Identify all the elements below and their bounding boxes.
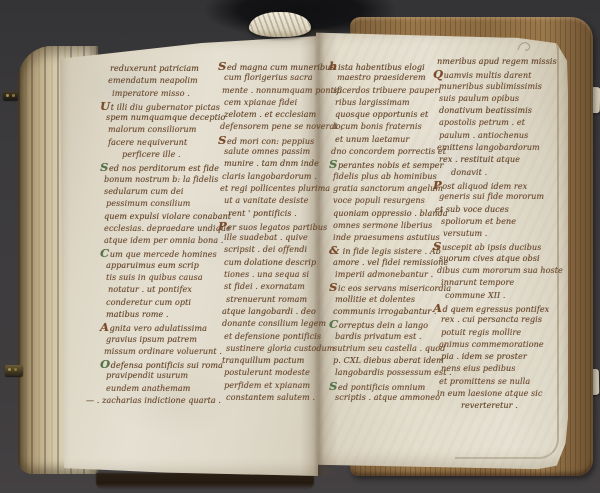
manuscript-text-line: muneribus sublimissimis	[439, 81, 549, 93]
manuscript-text-line: reduxerunt patriciam	[110, 63, 216, 75]
manuscript-text-line: maestro praesiderem	[337, 72, 439, 84]
manuscript-text-line: atque idem per omnia bona .	[104, 235, 216, 247]
manuscript-text-line: gratia sanctorum angelum	[333, 183, 439, 195]
manuscript-text-line: spem numquamque deceptio	[106, 112, 216, 124]
manuscript-text-line: Sed mori con: peppius	[218, 134, 318, 146]
manuscript-text-line: Sed magna cum muneribus	[218, 60, 318, 72]
manuscript-text-line: missum ordinare voluerunt .	[104, 346, 216, 358]
manuscript-text-line: nmeribus apud regem missis	[437, 56, 549, 68]
manuscript-text-line: locum bonis fraternis	[333, 121, 439, 133]
manuscript-text-line: ille suadebat . quive	[224, 232, 318, 244]
manuscript-text-line: Ut illi diu gubernator pictas	[100, 100, 216, 112]
manuscript-text-line: suorum cives atque obsi	[439, 253, 549, 265]
manuscript-text-line: defensorem pene se noverat ,	[220, 121, 318, 133]
manuscript-text-line: pessimum consilium	[106, 198, 216, 210]
manuscript-text-line: perfidem et xpianam	[224, 380, 318, 392]
manuscript-text-line: innarunt tempore	[441, 277, 549, 289]
manuscript-text-line: suis paulum opibus	[439, 93, 549, 105]
manuscript-text-line: sustinere gloria custodum	[226, 343, 318, 355]
manuscript-text-line: voce populi resurgens	[333, 195, 439, 207]
spine-headband	[249, 12, 311, 37]
manuscript-text-line: quosque opportunis et	[335, 109, 439, 121]
manuscript-text-line: spoliorum et bene	[441, 216, 549, 228]
manuscript-text-line: mente . nonnumquam pontifi	[222, 85, 318, 97]
manuscript-text-line: Sic eos servans misericordia	[329, 281, 439, 293]
right-page-column-1: hista habentibus elogimaestro praesidere…	[329, 60, 439, 404]
clasp-pin-top	[3, 91, 18, 100]
illuminated-initial: &	[329, 243, 339, 257]
illuminated-initial: U	[100, 99, 110, 113]
illuminated-initial: Q	[433, 67, 443, 81]
manuscript-text-line: mollitie et dolentes	[335, 294, 439, 306]
manuscript-text-line: Sed pontificis omnium	[329, 380, 439, 392]
manuscript-text-line: zelotem . et ecclesiam	[224, 109, 318, 121]
manuscript-text-line: bardis privatum est .	[335, 331, 439, 343]
manuscript-text-line: dno concordem porrectis et	[331, 146, 439, 158]
illuminated-initial: P	[218, 219, 227, 233]
manuscript-text-line: constantem salutem .	[226, 392, 318, 404]
manuscript-text-line: omnes sermone liberius	[333, 220, 439, 232]
manuscript-text-line: facere nequiverunt	[108, 137, 216, 149]
manuscript-text-line: Suscepit ab ipsis ducibus	[433, 240, 549, 252]
manuscript-text-line: ut a vanitate desiste	[224, 195, 318, 207]
manuscript-text-line: gravius ipsum patrem	[106, 334, 216, 346]
manuscript-text-line: eundem anathemam	[106, 383, 216, 395]
illuminated-initial: A	[433, 301, 442, 315]
illuminated-initial: C	[100, 246, 109, 260]
right-page-column-2: nmeribus apud regem missisQuamvis multis…	[433, 56, 549, 413]
manuscript-text-line: cum florigerius sacra	[224, 72, 318, 84]
manuscript-text-line: conderetur cum opti	[106, 297, 216, 309]
manuscript-text-line: et promittens se nulla	[439, 376, 549, 388]
illuminated-initial: O	[100, 357, 110, 371]
manuscript-text-line: hista habentibus elogi	[329, 60, 439, 72]
manuscript-text-line: pravipendit usurum	[106, 370, 216, 382]
manuscript-text-line: Sperantes nobis et semper	[329, 158, 439, 170]
illuminated-initial: S	[329, 379, 337, 393]
manuscript-text-line: ribus largissimam	[335, 97, 439, 109]
manuscript-text-line: sacerdos tribuere pauperi	[333, 85, 439, 97]
manuscript-text-line: donativum beatissimis	[439, 105, 549, 117]
manuscript-text-line: Quamvis multis darent	[433, 68, 549, 80]
manuscript-text-line: atque langobardi . deo	[222, 306, 318, 318]
illuminated-initial: h	[329, 59, 337, 73]
manuscript-text-line: dibus cum mororum sua hoste	[437, 265, 549, 277]
manuscript-text-line: scriptis . atque ammoneo	[335, 392, 439, 404]
manuscript-text-line: & in fide legis sistere . Ab	[329, 244, 439, 256]
illuminated-initial: S	[218, 133, 226, 147]
manuscript-text-line: munire . tam dnm inde	[224, 158, 318, 170]
manuscript-text-line: malorum consiliorum	[108, 124, 216, 136]
manuscript-text-line: quoniam oppressio . blanda	[333, 208, 439, 220]
manuscript-text-line: Per suos legatos partibus	[218, 220, 318, 232]
manuscript-text-line: inde praesumens astutius	[333, 232, 439, 244]
manuscript-text-line: rex . cui persancta regis	[441, 314, 549, 326]
manuscript-text-line: scripsit . dei offendi	[224, 244, 318, 256]
manuscript-text-line: versutum .	[443, 228, 549, 240]
manuscript-text-line: tiones . una sequa si	[224, 269, 318, 281]
manuscript-text-line: claris langobardorum .	[222, 171, 318, 183]
manuscript-text-line: et defensione pontificis	[224, 331, 318, 343]
manuscript-text-line: potuit regis mollire	[441, 327, 549, 339]
manuscript-text-line: — . zacharias indictione quarta .	[86, 395, 216, 407]
manuscript-text-line: postulerunt modeste	[224, 367, 318, 379]
manuscript-text-line: rent ' pontificis .	[228, 208, 318, 220]
manuscript-text-line: apparuimus eum scrip	[106, 260, 216, 272]
manuscript-text-line: perficere ille .	[122, 149, 216, 161]
illuminated-initial: S	[433, 239, 441, 253]
illuminated-initial: S	[100, 160, 108, 174]
manuscript-text-line: st fidei . exornatam	[224, 281, 318, 293]
manuscript-text-line: imperii admonebantur .	[335, 269, 439, 281]
manuscript-text-line: in eum laesione atque sic	[437, 388, 549, 400]
manuscript-text-line: cem xpianae fidei	[224, 97, 318, 109]
manuscript-text-line: et unum laetamur	[335, 134, 439, 146]
manuscript-text-line: salute omnes passim	[224, 146, 318, 158]
manuscript-text-line: bonum nostrum b: la fidelis	[104, 174, 216, 186]
manuscript-text-line: pia . idem se proster	[441, 351, 549, 363]
illuminated-initial: A	[100, 320, 109, 334]
manuscript-text-line: cum dolatione descrip	[224, 257, 318, 269]
manuscript-text-line: tis suis in quibus causa	[106, 272, 216, 284]
manuscript-text-line: rex . restituit atque	[439, 154, 549, 166]
manuscript-text-line: Sed nos perditorum est fide	[100, 161, 216, 173]
manuscript-text-line: langobardis possessum est .	[335, 367, 439, 379]
left-page-column-1: reduxerunt patriciamemendatum neapolimim…	[100, 63, 216, 407]
manuscript-text-line: strenuerunt romam	[226, 294, 318, 306]
folio-mark	[516, 40, 534, 54]
manuscript-text-line: matibus rome .	[106, 309, 216, 321]
manuscript-text-line: Correptus dein a lango	[329, 318, 439, 330]
manuscript-text-line: communis irrogabantur .	[333, 306, 439, 318]
clasp-pin-bottom	[5, 365, 23, 376]
manuscript-text-line: Odefensa pontificis sui roma	[100, 358, 216, 370]
manuscript-text-line: amore . vel fidei remissione	[333, 257, 439, 269]
manuscript-photo: reduxerunt patriciamemendatum neapolimim…	[0, 0, 600, 493]
manuscript-text-line: et sub voce duces	[435, 204, 549, 216]
left-page-column-2: Sed magna cum muneribuscum florigerius s…	[218, 60, 318, 404]
manuscript-text-line: ecclesias. depraedare undique	[104, 223, 216, 235]
manuscript-text-line: Post aliquod idem rex	[433, 179, 549, 191]
manuscript-text-line: Ad quem egressus pontifex	[433, 302, 549, 314]
manuscript-text-line: paulum . antiochenus	[439, 130, 549, 142]
manuscript-text-line: fidelis plus ab hominibus	[333, 171, 439, 183]
illuminated-initial: S	[329, 280, 337, 294]
manuscript-text-line: commune XII .	[445, 290, 549, 302]
illuminated-initial: S	[329, 157, 337, 171]
manuscript-text-line: generis sui fide mororum	[439, 191, 549, 203]
illuminated-initial: P	[433, 178, 442, 192]
manuscript-text-line: apostolis petrum . et	[439, 117, 549, 129]
manuscript-text-line: donavit .	[451, 167, 549, 179]
manuscript-text-line: reverteretur .	[461, 400, 549, 412]
manuscript-text-line: imperatore misso .	[112, 88, 216, 100]
manuscript-text-line: tranquillum pactum	[222, 355, 318, 367]
bottom-cover-edge	[96, 473, 314, 490]
manuscript-text-line: et regi pollicentes plurima	[220, 183, 318, 195]
manuscript-text-line: sutrium seu castella . quod	[333, 343, 439, 355]
manuscript-text-line: sedularum cum dei	[104, 186, 216, 198]
manuscript-text-line: Agnita vero adulatissima	[100, 321, 216, 333]
manuscript-text-line: nens eius pedibus	[441, 363, 549, 375]
manuscript-text-line: p. CXL diebus aberat idem	[333, 355, 439, 367]
illuminated-initial: S	[218, 59, 226, 73]
manuscript-text-line: quem expulsi violare conabant	[104, 211, 216, 223]
manuscript-text-line: emendatum neapolim	[108, 75, 216, 87]
illuminated-initial: C	[329, 317, 338, 331]
manuscript-text-line: emittens langobardorum	[437, 142, 549, 154]
manuscript-text-line: notatur . ut pontifex	[108, 284, 216, 296]
manuscript-text-line: animus commemoratione	[439, 339, 549, 351]
manuscript-text-line: donante consilium legem	[222, 318, 318, 330]
manuscript-text-line: Cum que mercede homines	[100, 247, 216, 259]
